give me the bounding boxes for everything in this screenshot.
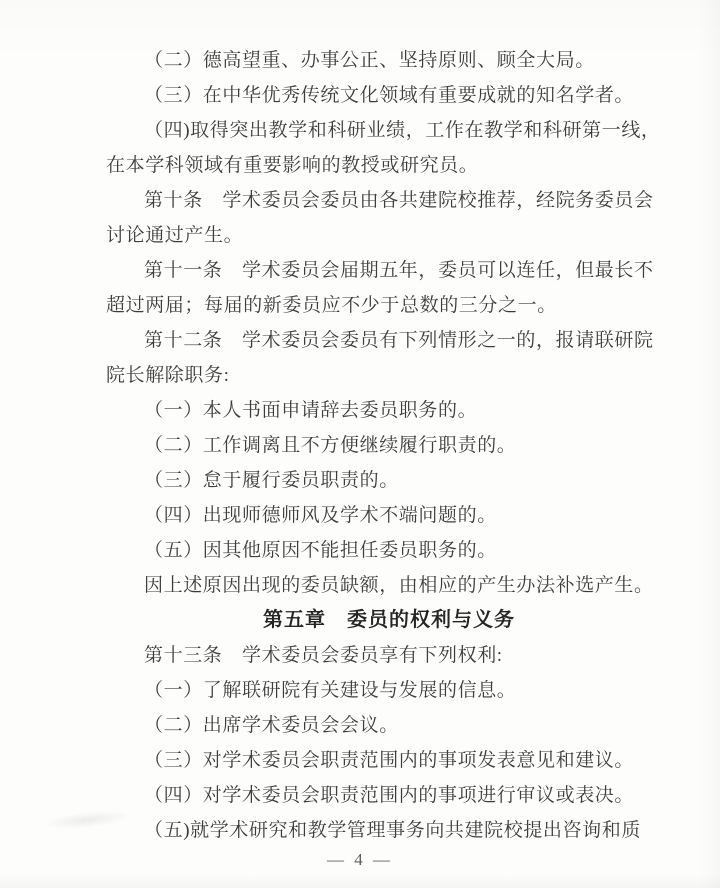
document-line: 第十条 学术委员会委员由各共建院校推荐，经院务委员会 [106, 183, 672, 218]
document-line: （一）本人书面申请辞去委员职务的。 [106, 393, 672, 428]
document-line: 在本学科领域有重要影响的教授或研究员。 [106, 148, 672, 183]
text-body: （二）德高望重、办事公正、坚持原则、顾全大局。（三）在中华优秀传统文化领域有重要… [106, 43, 672, 848]
document-line: （三）在中华优秀传统文化领域有重要成就的知名学者。 [106, 78, 672, 113]
document-line: （四）出现师德师风及学术不端问题的。 [106, 498, 672, 533]
document-line: 第十二条 学术委员会委员有下列情形之一的，报请联研院 [106, 323, 672, 358]
document-line: （二）出席学术委员会会议。 [106, 708, 672, 743]
document-line: （四)取得突出教学和科研业绩，工作在教学和科研第一线， [106, 113, 672, 148]
document-line: （四）对学术委员会职责范围内的事项进行审议或表决。 [106, 778, 672, 813]
chapter-heading: 第五章 委员的权利与义务 [106, 603, 672, 638]
document-line: 第十一条 学术委员会届期五年，委员可以连任，但最长不 [106, 253, 672, 288]
page-number: — 4 — [0, 850, 720, 870]
document-page: （二）德高望重、办事公正、坚持原则、顾全大局。（三）在中华优秀传统文化领域有重要… [0, 0, 720, 888]
document-line: 院长解除职务: [106, 358, 672, 393]
document-line: （三）对学术委员会职责范围内的事项发表意见和建议。 [106, 743, 672, 778]
document-line: （二）工作调离且不方便继续履行职责的。 [106, 428, 672, 463]
document-line: （二）德高望重、办事公正、坚持原则、顾全大局。 [106, 43, 672, 78]
document-line: 第十三条 学术委员会委员享有下列权利: [106, 638, 672, 673]
document-line: （五）因其他原因不能担任委员职务的。 [106, 533, 672, 568]
document-line: 超过两届；每届的新委员应不少于总数的三分之一。 [106, 288, 672, 323]
document-line: 讨论通过产生。 [106, 218, 672, 253]
document-line: （五)就学术研究和教学管理事务向共建院校提出咨询和质 [106, 813, 672, 848]
document-line: （一）了解联研院有关建设与发展的信息。 [106, 673, 672, 708]
document-line: 因上述原因出现的委员缺额，由相应的产生办法补选产生。 [106, 568, 672, 603]
document-line: （三）怠于履行委员职责的。 [106, 463, 672, 498]
